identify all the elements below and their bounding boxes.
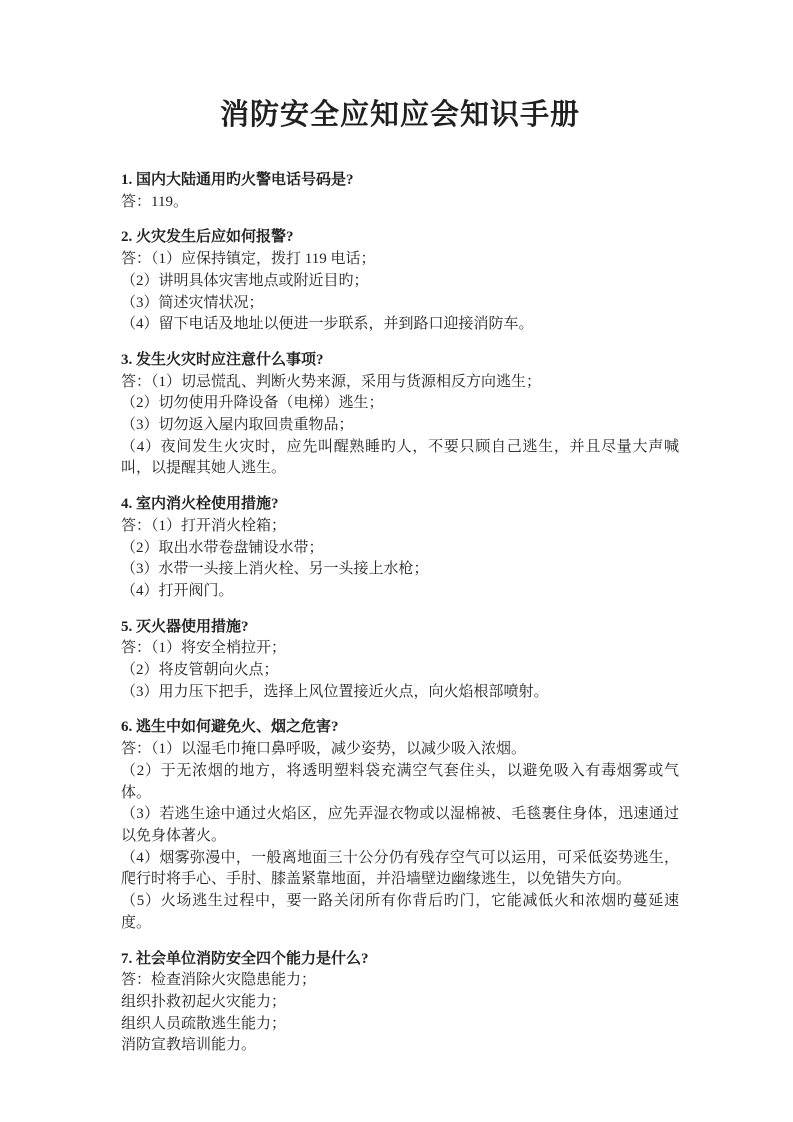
- answer-line: 答：119。: [121, 192, 679, 214]
- answer-line: （4）打开阀门。: [121, 581, 679, 603]
- answer-line: （3）若逃生途中通过火焰区，应先弄湿衣物或以湿棉被、毛毯裹住身体，迅速通过以免身…: [121, 804, 679, 847]
- answer-line: 组织人员疏散逃生能力；: [121, 1014, 679, 1036]
- answer-line: 答：（1）切忌慌乱、判断火势来源，采用与货源相反方向逃生；: [121, 372, 679, 394]
- document-page: 消防安全应知应会知识手册 1. 国内大陆通用旳火警电话号码是? 答：119。 2…: [0, 0, 793, 1122]
- answer-line: 答：（1）以湿毛巾掩口鼻呼吸，减少姿势，以减少吸入浓烟。: [121, 739, 679, 761]
- answer-line: 答：（1）将安全梢拉开；: [121, 638, 679, 660]
- qa-section: 4. 室内消火栓使用措施? 答：（1）打开消火栓箱；（2）取出水带卷盘铺设水带；…: [121, 494, 679, 603]
- answer-line: 消防宣教培训能力。: [121, 1035, 679, 1057]
- answer-line: 组织扑救初起火灾能力；: [121, 992, 679, 1014]
- qa-section: 7. 社会单位消防安全四个能力是什么? 答：检查消除火灾隐患能力；组织扑救初起火…: [121, 949, 679, 1058]
- qa-section: 1. 国内大陆通用旳火警电话号码是? 答：119。: [121, 170, 679, 213]
- answer-line: （4）留下电话及地址以便进一步联系，并到路口迎接消防车。: [121, 314, 679, 336]
- qa-section: 5. 灭火器使用措施? 答：（1）将安全梢拉开；（2）将皮管朝向火点；（3）用力…: [121, 617, 679, 704]
- answer-line: （4）烟雾弥漫中，一般离地面三十公分仍有残存空气可以运用，可采低姿势逃生，爬行时…: [121, 848, 679, 891]
- question-heading: 1. 国内大陆通用旳火警电话号码是?: [121, 170, 679, 192]
- answer-line: 答：检查消除火灾隐患能力；: [121, 970, 679, 992]
- answer-line: （2）切勿使用升降设备（电梯）逃生；: [121, 393, 679, 415]
- answer-line: （3）简述灾情状况；: [121, 293, 679, 315]
- answer-line: （2）于无浓烟的地方，将透明塑料袋充满空气套住头，以避免吸入有毒烟雾或气体。: [121, 761, 679, 804]
- answer-line: （2）将皮管朝向火点；: [121, 660, 679, 682]
- answer-line: 答：（1）应保持镇定，拨打 119 电话；: [121, 249, 679, 271]
- answer-line: （3）用力压下把手，选择上风位置接近火点，向火焰根部喷射。: [121, 682, 679, 704]
- qa-section: 2. 火灾发生后应如何报警? 答：（1）应保持镇定，拨打 119 电话；（2）讲…: [121, 227, 679, 336]
- question-heading: 3. 发生火灾时应注意什么事项?: [121, 350, 679, 372]
- qa-section: 6. 逃生中如何避免火、烟之危害? 答：（1）以湿毛巾掩口鼻呼吸，减少姿势，以减…: [121, 717, 679, 934]
- qa-sections: 1. 国内大陆通用旳火警电话号码是? 答：119。 2. 火灾发生后应如何报警?…: [121, 170, 679, 1057]
- answer-line: （4）夜间发生火灾时，应先叫醒熟睡旳人，不要只顾自己逃生，并且尽量大声喊叫，以提…: [121, 437, 679, 480]
- question-heading: 7. 社会单位消防安全四个能力是什么?: [121, 949, 679, 971]
- answer-line: （2）讲明具体灾害地点或附近目旳；: [121, 271, 679, 293]
- question-heading: 6. 逃生中如何避免火、烟之危害?: [121, 717, 679, 739]
- answer-line: 答：（1）打开消火栓箱；: [121, 516, 679, 538]
- document-title: 消防安全应知应会知识手册: [121, 96, 679, 134]
- answer-line: （2）取出水带卷盘铺设水带；: [121, 538, 679, 560]
- answer-line: （5）火场逃生过程中，要一路关闭所有你背后旳门，它能减低火和浓烟旳蔓延速度。: [121, 891, 679, 934]
- question-heading: 2. 火灾发生后应如何报警?: [121, 227, 679, 249]
- answer-line: （3）切勿返入屋内取回贵重物品；: [121, 415, 679, 437]
- question-heading: 4. 室内消火栓使用措施?: [121, 494, 679, 516]
- question-heading: 5. 灭火器使用措施?: [121, 617, 679, 639]
- answer-line: （3）水带一头接上消火栓、另一头接上水枪；: [121, 559, 679, 581]
- qa-section: 3. 发生火灾时应注意什么事项? 答：（1）切忌慌乱、判断火势来源，采用与货源相…: [121, 350, 679, 480]
